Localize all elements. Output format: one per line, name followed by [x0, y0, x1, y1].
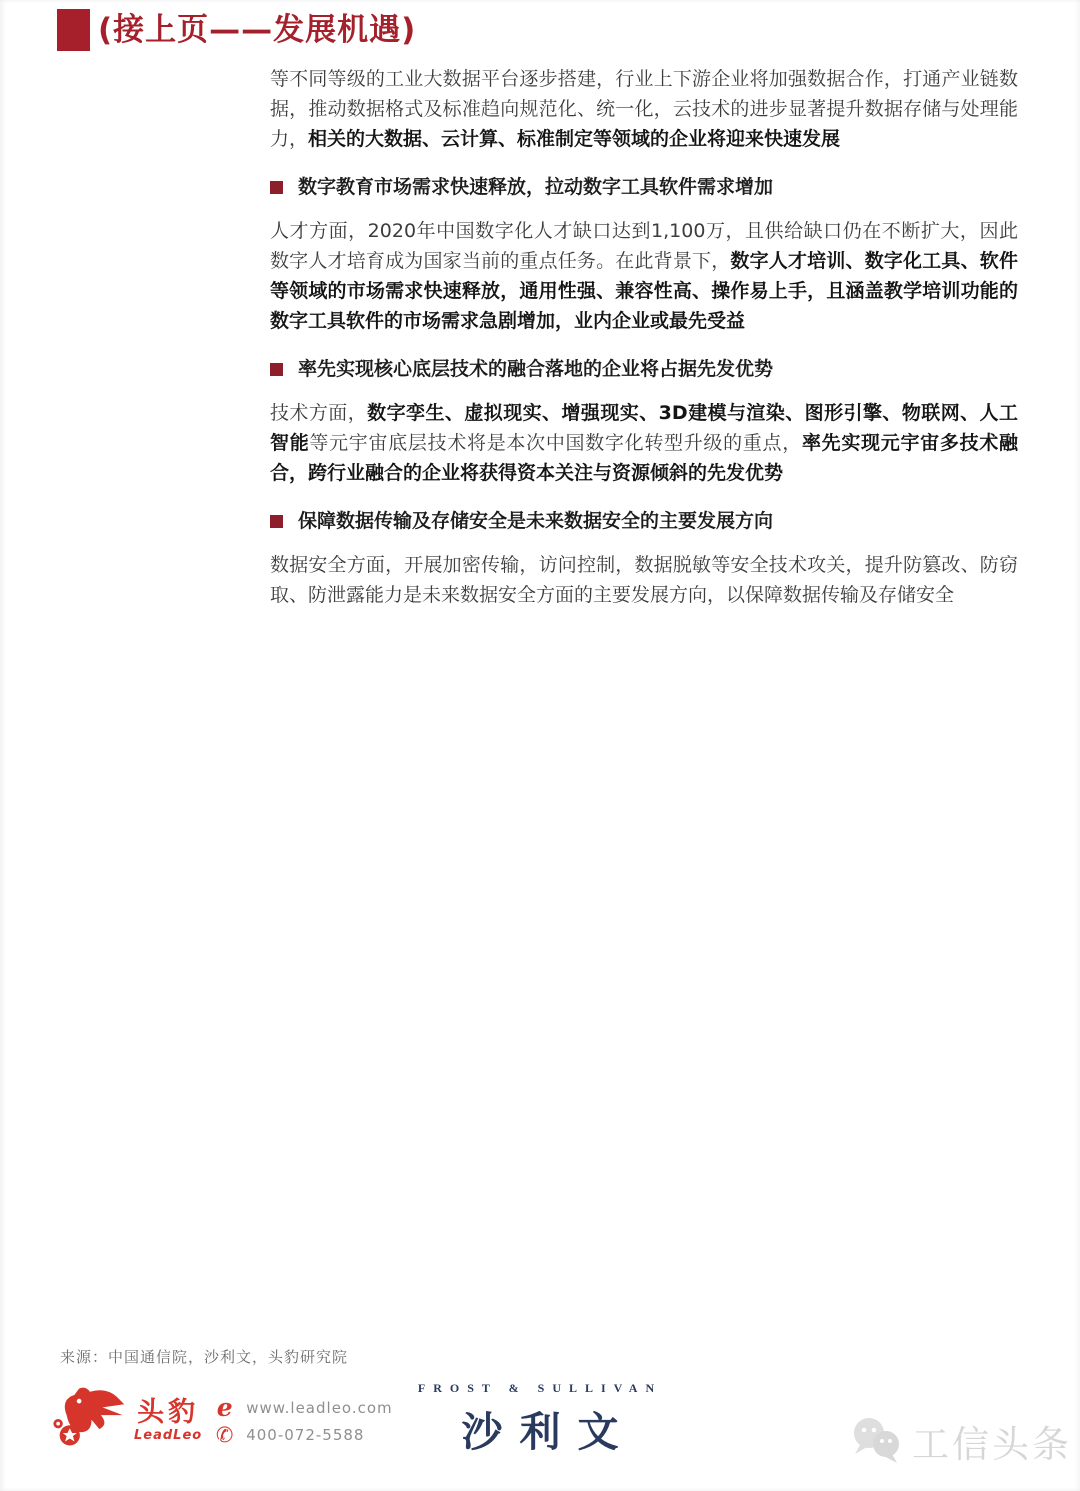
body-paragraph: 数据安全方面，开展加密传输，访问控制，数据脱敏等安全技术攻关，提升防篡改、防窃取…: [270, 550, 1018, 610]
report-page: (接上页——发展机遇) 等不同等级的工业大数据平台逐步搭建，行业上下游企业将加强…: [0, 0, 1080, 1491]
wechat-watermark: 工信头条: [846, 1414, 1072, 1468]
frost-sullivan-name-en: FROST & SULLIVAN: [0, 1381, 1080, 1396]
bullet-heading-text: 数字教育市场需求快速释放，拉动数字工具软件需求增加: [298, 173, 773, 201]
bullet-heading-text: 率先实现核心底层技术的融合落地的企业将占据先发优势: [298, 355, 773, 383]
content-blocks: 等不同等级的工业大数据平台逐步搭建，行业上下游企业将加强数据合作，打通产业链数据…: [270, 64, 1018, 610]
title-block-icon: [57, 9, 90, 51]
body-paragraph: 等不同等级的工业大数据平台逐步搭建，行业上下游企业将加强数据合作，打通产业链数据…: [270, 64, 1018, 154]
bullet-heading: 保障数据传输及存储安全是未来数据安全的主要发展方向: [270, 507, 1018, 535]
page-title: (接上页——发展机遇): [98, 9, 416, 51]
bullet-heading: 率先实现核心底层技术的融合落地的企业将占据先发优势: [270, 355, 1018, 383]
watermark-text: 工信头条: [912, 1414, 1072, 1468]
paragraph-segment: 等元宇宙底层技术将是本次中国数字化转型升级的重点，: [309, 432, 802, 454]
page-header: (接上页——发展机遇): [0, 0, 1080, 51]
bullet-heading: 数字教育市场需求快速释放，拉动数字工具软件需求增加: [270, 173, 1018, 201]
body-paragraph: 人才方面，2020年中国数字化人才缺口达到1,100万，且供给缺口仍在不断扩大，…: [270, 216, 1018, 336]
wechat-icon: [846, 1414, 908, 1468]
source-note: 来源：中国通信院，沙利文，头豹研究院: [60, 1346, 348, 1367]
paragraph-segment: 数据安全方面，开展加密传输，访问控制，数据脱敏等安全技术攻关，提升防篡改、防窃取…: [270, 554, 1018, 606]
bullet-square-icon: [270, 515, 283, 528]
body-paragraph: 技术方面，数字孪生、虚拟现实、增强现实、3D建模与渲染、图形引擎、物联网、人工智…: [270, 398, 1018, 488]
paragraph-segment: 技术方面，: [270, 402, 367, 424]
paragraph-bold-segment: 相关的大数据、云计算、标准制定等领域的企业将迎来快速发展: [308, 128, 840, 150]
bullet-square-icon: [270, 181, 283, 194]
bullet-square-icon: [270, 363, 283, 376]
bullet-heading-text: 保障数据传输及存储安全是未来数据安全的主要发展方向: [298, 507, 773, 535]
